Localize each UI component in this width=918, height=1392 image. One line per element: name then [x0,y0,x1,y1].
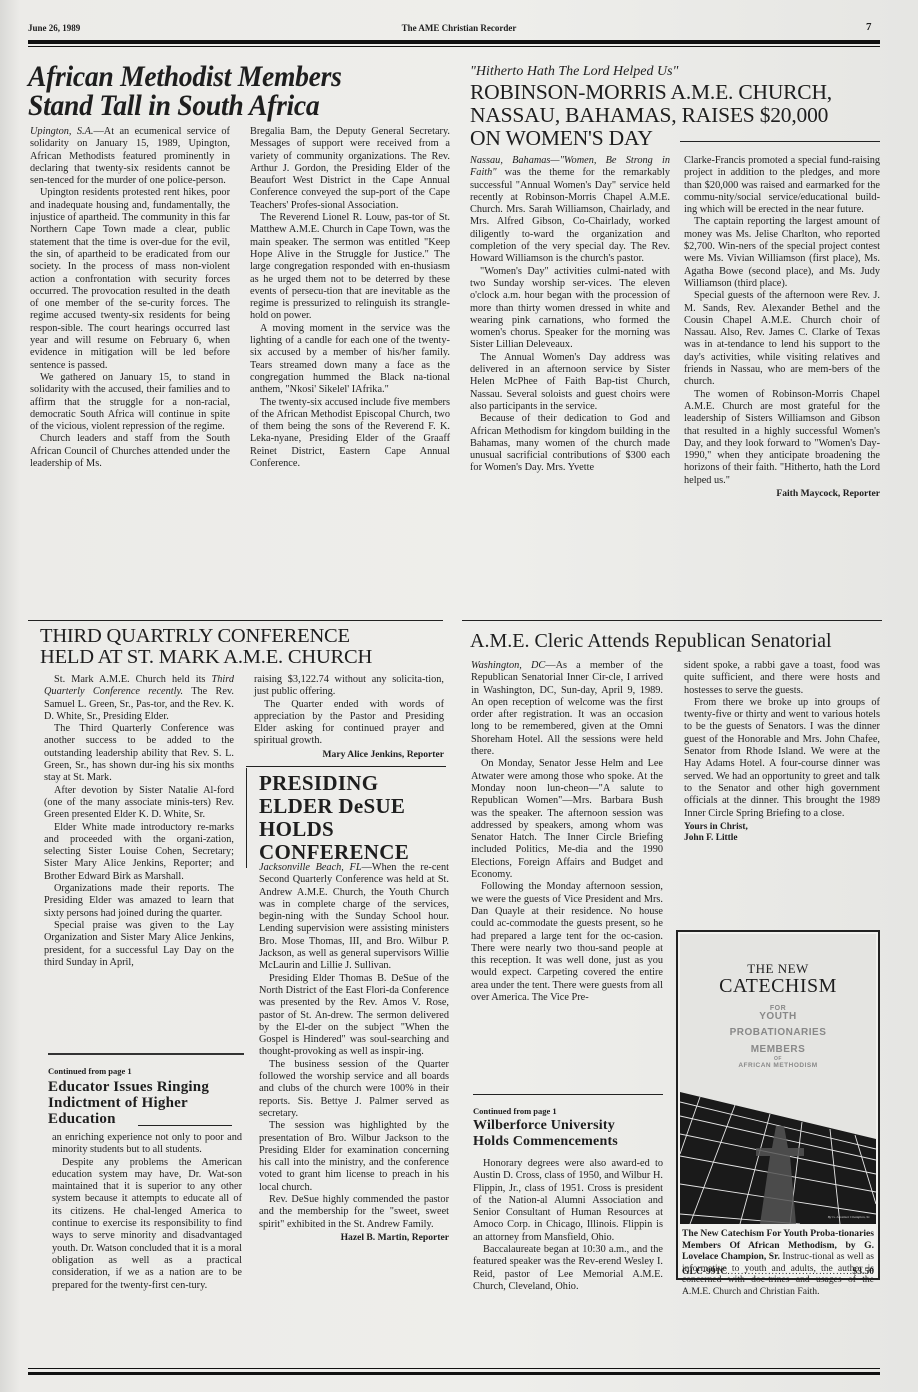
article-cleric-col1: Washington, DC—As a member of the Republ… [471,660,663,1004]
article-st-mark-headline: THIRD QUARTRLY CONFERENCE HELD AT ST. MA… [40,626,460,668]
article-st-mark-col1: St. Mark A.M.E. Church held its Third Qu… [44,674,234,969]
article-cleric-headline: A.M.E. Cleric Attends Republican Senator… [470,630,900,653]
headline: Wilberforce University Holds Commencemen… [473,1118,668,1150]
kicker: Continued from page 1 [48,1066,244,1076]
ad-catechism: THE NEW CATECHISM FOR YOUTH PROBATIONARI… [676,930,880,1280]
book-cover: THE NEW CATECHISM FOR YOUTH PROBATIONARI… [680,934,876,1224]
leader-dots: ........................................… [727,1266,852,1277]
section-divider-left [28,620,443,621]
publication-name: The AME Christian Recorder [0,23,918,33]
article-south-africa-col2: Bregalia Bam, the Deputy General Secreta… [250,126,450,470]
article-south-africa: African Methodist Members Stand Tall in … [28,62,448,120]
article-wilberforce-body: Honorary degrees were also award-ed to A… [473,1158,663,1293]
dateline: Washington, DC [471,660,545,671]
footer-rule-thin [28,1368,880,1369]
article-educator-header: Continued from page 1 Educator Issues Ri… [48,1066,244,1127]
byline: Hazel B. Martin, Reporter [259,1232,449,1244]
newspaper-page: June 26, 1989 The AME Christian Recorder… [0,0,918,1392]
article-bahamas-col2: Clarke-Francis promoted a special fund-r… [684,155,880,500]
header-rule-thin [28,46,880,47]
header-rule [28,40,880,44]
article-south-africa-col1: Upington, S.A.—At an ecumenical service … [30,126,230,470]
signoff: Yours in Christ, John F. Little [684,822,880,844]
kicker: Continued from page 1 [473,1106,668,1116]
byline: Mary Alice Jenkins, Reporter [254,749,444,761]
article-st-mark-col2: raising $3,122.74 without any solicita-t… [254,674,444,761]
article-educator-body: an enriching experience not only to poor… [52,1132,242,1292]
section-divider-right [462,620,882,621]
footer-rule [28,1372,880,1375]
headline: ROBINSON-MORRIS A.M.E. CHURCH, NASSAU, B… [470,81,890,150]
article-desue-body: Jacksonville Beach, FL—When the re-cent … [259,862,449,1244]
ad-caption: The New Catechism For Youth Proba-tionar… [682,1228,874,1298]
headline: Educator Issues Ringing Indictment of Hi… [48,1079,244,1127]
kicker: "Hitherto Hath The Lord Helped Us" [470,64,890,80]
article-bahamas-col1: Nassau, Bahamas—"Women, Be Strong in Fai… [470,155,670,475]
price: $3.50 [852,1266,874,1277]
page-number: 7 [866,21,872,33]
box-bottom-rule [48,1053,244,1055]
headline: African Methodist Members Stand Tall in … [28,62,414,120]
dateline: Upington, S.A. [30,126,93,137]
ad-price-line: GLC-991C ...............................… [682,1266,874,1277]
headline-rule [138,1125,232,1126]
sku: GLC-991C [682,1266,727,1277]
box-rule-top [246,766,446,767]
box-border [246,768,247,868]
byline: Faith Maycock, Reporter [684,488,880,500]
article-wilberforce-header: Continued from page 1 Wilberforce Univer… [473,1106,668,1150]
article-desue-headline: PRESIDING ELDER DeSUE HOLDS CONFERENCE [259,772,449,864]
headline-rule [680,141,880,142]
section-divider [473,1094,663,1095]
cross-grid-illustration: By G. Lovelace Champion, Sr. [680,934,876,1224]
article-cleric-col2: sident spoke, a rabbi gave a toast, food… [684,660,880,844]
dateline: Jacksonville Beach, FL [259,862,362,873]
article-bahamas-header: "Hitherto Hath The Lord Helped Us" ROBIN… [470,64,890,150]
